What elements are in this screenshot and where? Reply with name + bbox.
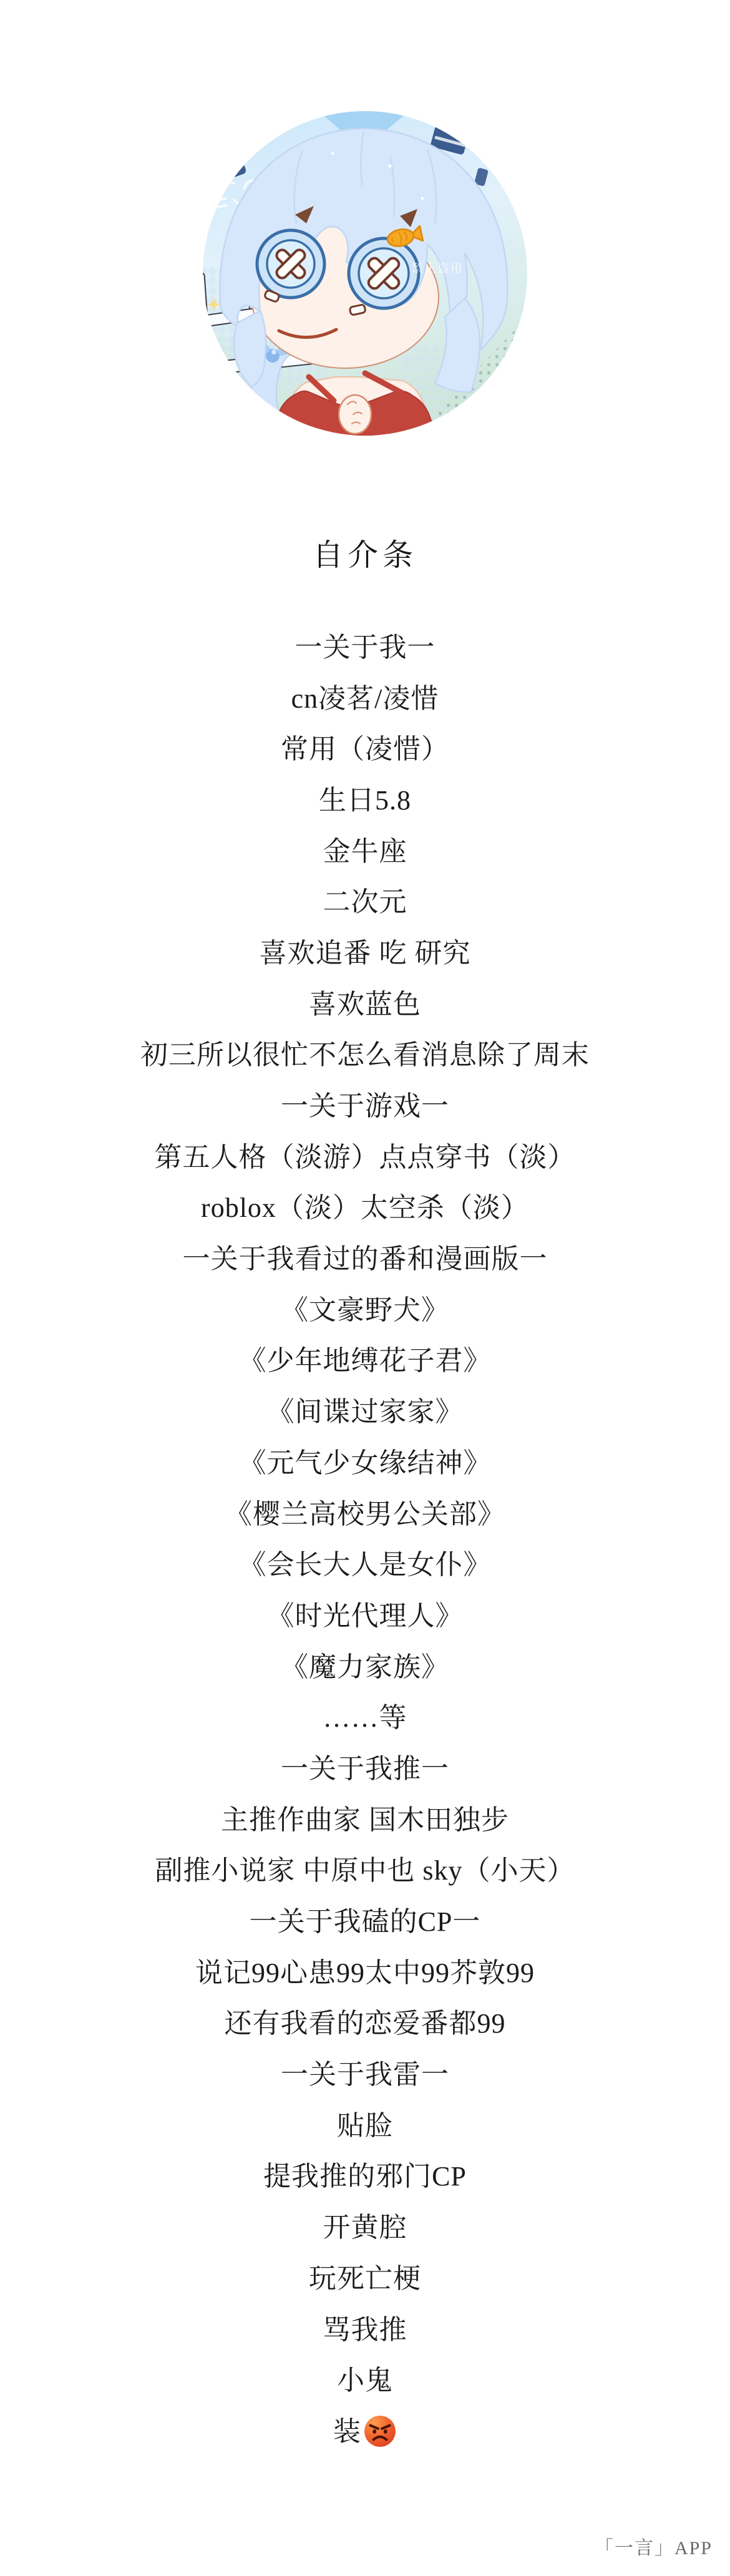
intro-line-29: 一关于我雷一: [0, 2046, 730, 2097]
intro-line-9: 初三所以很忙不怎么看消息除了周末: [0, 1027, 730, 1078]
avatar: 禁止盗用: [203, 111, 527, 436]
intro-line-21: 《魔力家族》: [0, 1639, 730, 1690]
intro-line-23: 一关于我推一: [0, 1740, 730, 1792]
intro-line-20: 《时光代理人》: [0, 1588, 730, 1639]
app-watermark: 「一言」APP: [595, 2532, 713, 2560]
intro-line-28: 还有我看的恋爱番都99: [0, 1996, 730, 2047]
intro-line-8: 喜欢蓝色: [0, 976, 730, 1027]
intro-line-14: 《文豪野犬》: [0, 1282, 730, 1333]
intro-line-1: 一关于我一: [0, 619, 730, 670]
intro-line-6: 二次元: [0, 874, 730, 925]
chibi-girl-avatar-image: 禁止盗用: [203, 111, 527, 436]
intro-line-33: 玩死亡梗: [0, 2250, 730, 2301]
intro-line-10: 一关于游戏一: [0, 1078, 730, 1129]
intro-line-3: 常用（凌惜）: [0, 721, 730, 772]
self-intro-page: 禁止盗用 自介条 一关于我一cn凌茗/凌惜常用（凌惜）生日5.8金牛座二次元喜欢…: [0, 0, 730, 2576]
intro-line-34: 骂我推: [0, 2301, 730, 2353]
intro-line-17: 《元气少女缘结神》: [0, 1435, 730, 1486]
intro-line-31: 提我推的邪门CP: [0, 2149, 730, 2200]
intro-line-13: 一关于我看过的番和漫画版一: [0, 1231, 730, 1282]
intro-lines: 一关于我一cn凌茗/凌惜常用（凌惜）生日5.8金牛座二次元喜欢追番 吃 研究喜欢…: [0, 619, 730, 2454]
intro-line-11: 第五人格（淡游）点点穿书（淡）: [0, 1129, 730, 1180]
intro-line-35: 小鬼: [0, 2352, 730, 2403]
angry-face-emoji-icon: [363, 2414, 397, 2447]
intro-line-22: ……等: [0, 1689, 730, 1740]
intro-line-25: 副推小说家 中原中也 sky（小天）: [0, 1843, 730, 1894]
intro-line-12: roblox（淡）太空杀（淡）: [0, 1180, 730, 1231]
intro-line-16: 《间谍过家家》: [0, 1383, 730, 1435]
intro-line-36: 装: [0, 2403, 730, 2454]
intro-line-15: 《少年地缚花子君》: [0, 1333, 730, 1384]
intro-line-30: 贴脸: [0, 2097, 730, 2149]
intro-line-2: cn凌茗/凌惜: [0, 670, 730, 721]
intro-line-27: 说记99心患99太中99芥敦99: [0, 1944, 730, 1996]
intro-line-5: 金牛座: [0, 823, 730, 874]
intro-line-19: 《会长大人是女仆》: [0, 1536, 730, 1588]
intro-line-26: 一关于我磕的CP一: [0, 1893, 730, 1944]
intro-line-32: 开黄腔: [0, 2199, 730, 2250]
intro-line-7: 喜欢追番 吃 研究: [0, 925, 730, 976]
avatar-watermark: 禁止盗用: [411, 261, 464, 275]
intro-line-4: 生日5.8: [0, 772, 730, 823]
page-title: 自介条: [0, 531, 730, 575]
intro-line-18: 《樱兰高校男公关部》: [0, 1486, 730, 1537]
intro-line-24: 主推作曲家 国木田独步: [0, 1792, 730, 1843]
app-watermark-label: 「一言」APP: [595, 2538, 713, 2559]
